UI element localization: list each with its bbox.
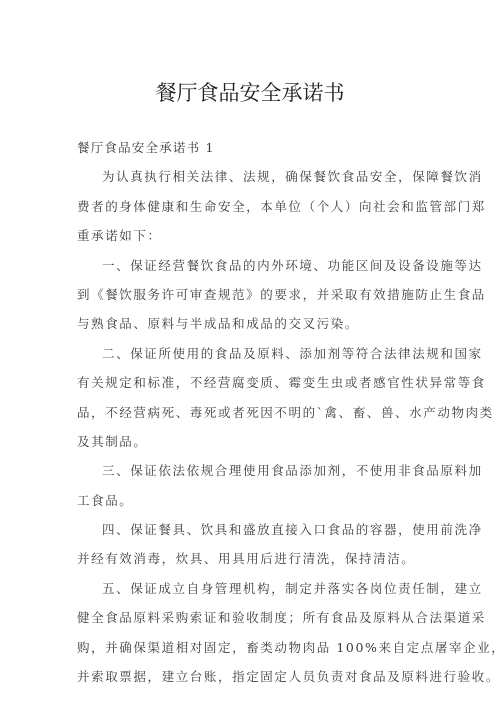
text-line: 有关规定和标准，不经营腐变质、霉变生虫或者感官性状异常等食 bbox=[77, 368, 437, 397]
paragraph-item-4: 四、保证餐具、饮具和盛放直接入口食品的容器，使用前洗净 并经有效消毒，炊具、用具… bbox=[77, 515, 437, 574]
text-line: 三、保证依法依规合理使用食品添加剂，不使用非食品原料加 bbox=[77, 456, 437, 485]
text-line: 一、保证经营餐饮食品的内外环境、功能区间及设备设施等达 bbox=[77, 251, 437, 280]
text-line: 并经有效消毒，炊具、用具用后进行清洗，保持清洁。 bbox=[77, 544, 437, 573]
paragraph-intro: 为认真执行相关法律、法规，确保餐饮食品安全，保障餐饮消 费者的身体健康和生命安全… bbox=[77, 162, 437, 250]
text-line: 四、保证餐具、饮具和盛放直接入口食品的容器，使用前洗净 bbox=[77, 515, 437, 544]
text-line: 品，不经营病死、毒死或者死因不明的`禽、畜、兽、水产动物肉类 bbox=[77, 398, 437, 427]
text-line: 工食品。 bbox=[77, 486, 437, 515]
document-title: 餐厅食品安全承诺书 bbox=[0, 78, 500, 108]
text-line: 费者的身体健康和生命安全，本单位（个人）向社会和监管部门郑 bbox=[77, 192, 437, 221]
text-line: 健全食品原料采购索证和验收制度；所有食品及原料从合法渠道采 bbox=[77, 603, 437, 632]
section-subtitle: 餐厅食品安全承诺书 1 bbox=[77, 133, 437, 162]
paragraph-item-2: 二、保证所使用的食品及原料、添加剂等符合法律法规和国家 有关规定和标准，不经营腐… bbox=[77, 339, 437, 457]
paragraph-item-3: 三、保证依法依规合理使用食品添加剂，不使用非食品原料加 工食品。 bbox=[77, 456, 437, 515]
paragraph-item-1: 一、保证经营餐饮食品的内外环境、功能区间及设备设施等达 到《餐饮服务许可审查规范… bbox=[77, 251, 437, 339]
text-line: 到《餐饮服务许可审查规范》的要求，并采取有效措施防止生食品 bbox=[77, 280, 437, 309]
document-body: 餐厅食品安全承诺书 1 为认真执行相关法律、法规，确保餐饮食品安全，保障餐饮消 … bbox=[77, 133, 437, 691]
text-line: 五、保证成立自身管理机构，制定并落实各岗位责任制，建立 bbox=[77, 574, 437, 603]
text-line: 并索取票据，建立台账，指定固定人员负责对食品及原料进行验收。 bbox=[77, 662, 437, 691]
text-line: 二、保证所使用的食品及原料、添加剂等符合法律法规和国家 bbox=[77, 339, 437, 368]
text-line: 为认真执行相关法律、法规，确保餐饮食品安全，保障餐饮消 bbox=[77, 162, 437, 191]
text-line: 购，并确保渠道相对固定，畜类动物肉品 100%来自定点屠宰企业， bbox=[77, 633, 437, 662]
text-line: 与熟食品、原料与半成品和成品的交叉污染。 bbox=[77, 309, 437, 338]
text-line: 及其制品。 bbox=[77, 427, 437, 456]
paragraph-item-5: 五、保证成立自身管理机构，制定并落实各岗位责任制，建立 健全食品原料采购索证和验… bbox=[77, 574, 437, 692]
document-page: 餐厅食品安全承诺书 餐厅食品安全承诺书 1 为认真执行相关法律、法规，确保餐饮食… bbox=[0, 0, 500, 707]
text-line: 重承诺如下： bbox=[77, 221, 437, 250]
